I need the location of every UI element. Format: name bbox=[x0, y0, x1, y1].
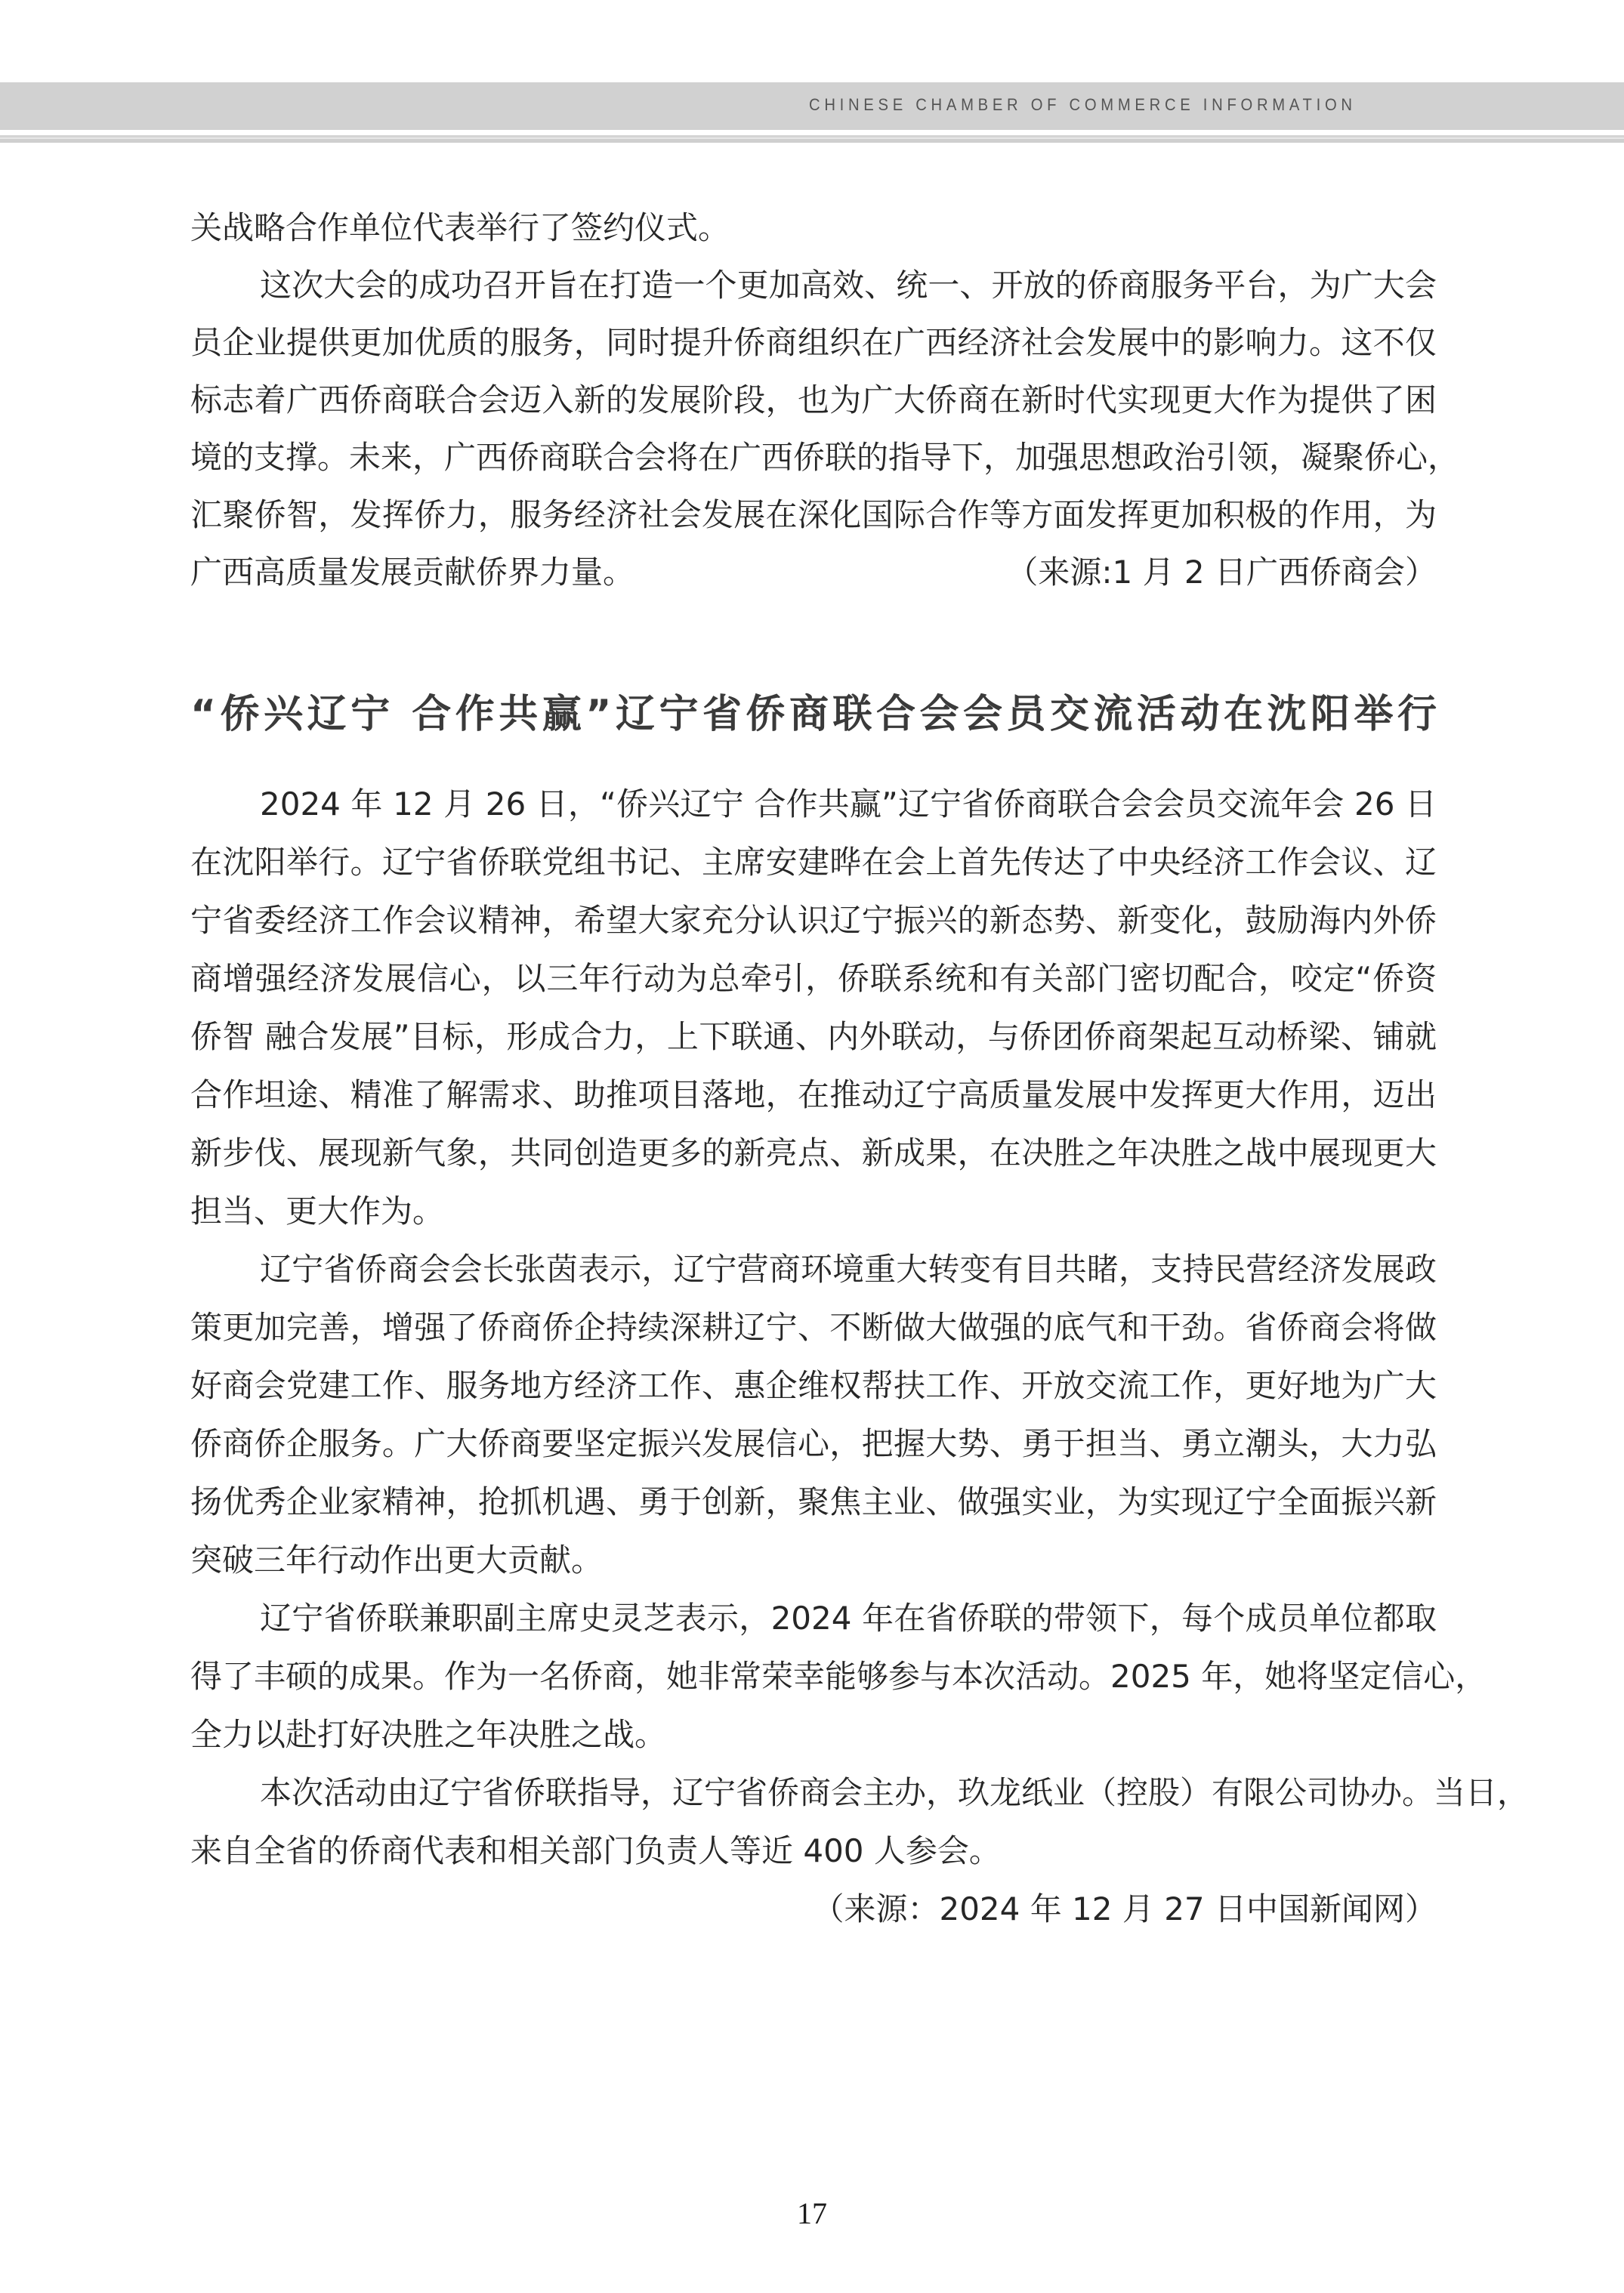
paragraph: 2024 年 12 月 26 日，“侨兴辽宁 合作共赢”辽宁省侨商联合会会员交流… bbox=[190, 775, 1437, 1240]
paragraph-line: 侨商侨企服务。广大侨商要坚定振兴发展信心，把握大势、勇于担当、勇立潮头，大力弘 bbox=[190, 1415, 1437, 1473]
paragraph-line: 合作坦途、精准了解需求、助推项目落地，在推动辽宁高质量发展中发挥更大作用，迈出 bbox=[190, 1066, 1437, 1124]
paragraph-line: 广西高质量发展贡献侨界力量。 bbox=[190, 544, 1437, 601]
paragraph-line: 在沈阳举行。辽宁省侨联党组书记、主席安建晔在会上首先传达了中央经济工作会议、辽 bbox=[190, 833, 1437, 891]
article-source: （来源：2024 年 12 月 27 日中国新闻网） bbox=[190, 1880, 1437, 1938]
article-liaoning: 2024 年 12 月 26 日，“侨兴辽宁 合作共赢”辽宁省侨商联合会会员交流… bbox=[190, 775, 1437, 1938]
paragraph-line: 得了丰硕的成果。作为一名侨商，她非常荣幸能够参与本次活动。2025 年，她将坚定… bbox=[190, 1647, 1437, 1705]
paragraph-line: 突破三年行动作出更大贡献。 bbox=[190, 1531, 1437, 1589]
paragraph-line: 汇聚侨智，发挥侨力，服务经济社会发展在深化国际合作等方面发挥更加积极的作用，为 bbox=[190, 486, 1437, 544]
paragraph: 辽宁省侨联兼职副主席史灵芝表示，2024 年在省侨联的带领下，每个成员单位都取 … bbox=[190, 1589, 1437, 1764]
paragraph-line: 担当、更大作为。 bbox=[190, 1182, 1437, 1240]
paragraph-line: 境的支撑。未来，广西侨商联合会将在广西侨联的指导下，加强思想政治引领，凝聚侨心， bbox=[190, 429, 1437, 486]
article-title: “侨兴辽宁 合作共赢”辽宁省侨商联合会会员交流活动在沈阳举行 bbox=[190, 686, 1437, 743]
paragraph-line: 扬优秀企业家精神，抢抓机遇、勇于创新，聚焦主业、做强实业，为实现辽宁全面振兴新 bbox=[190, 1473, 1437, 1531]
paragraph-line: 辽宁省侨商会会长张茵表示，辽宁营商环境重大转变有目共睹，支持民营经济发展政 bbox=[190, 1240, 1437, 1298]
paragraph-line: 这次大会的成功召开旨在打造一个更加高效、统一、开放的侨商服务平台，为广大会 bbox=[190, 257, 1437, 314]
paragraph-line: 2024 年 12 月 26 日，“侨兴辽宁 合作共赢”辽宁省侨商联合会会员交流… bbox=[190, 775, 1437, 833]
paragraph-line: 辽宁省侨联兼职副主席史灵芝表示，2024 年在省侨联的带领下，每个成员单位都取 bbox=[190, 1589, 1437, 1647]
paragraph-line: 侨智 融合发展”目标，形成合力，上下联通、内外联动，与侨团侨商架起互动桥梁、铺就 bbox=[190, 1008, 1437, 1066]
paragraph: 本次活动由辽宁省侨联指导，辽宁省侨商会主办，玖龙纸业（控股）有限公司协办。当日，… bbox=[190, 1764, 1437, 1880]
page-number: 17 bbox=[0, 2195, 1624, 2233]
paragraph-line: 员企业提供更加优质的服务，同时提升侨商组织在广西经济社会发展中的影响力。这不仅 bbox=[190, 314, 1437, 372]
paragraph-line: 新步伐、展现新气象，共同创造更多的新亮点、新成果，在决胜之年决胜之战中展现更大 bbox=[190, 1124, 1437, 1182]
paragraph-line: 宁省委经济工作会议精神，希望大家充分认识辽宁振兴的新态势、新变化，鼓励海内外侨 bbox=[190, 891, 1437, 949]
publication-title: CHINESE CHAMBER OF COMMERCE INFORMATION bbox=[809, 94, 1372, 116]
paragraph-line: 来自全省的侨商代表和相关部门负责人等近 400 人参会。 bbox=[190, 1822, 1437, 1880]
paragraph-line: 好商会党建工作、服务地方经济工作、惠企维权帮扶工作、开放交流工作，更好地为广大 bbox=[190, 1356, 1437, 1415]
paragraph-line: 全力以赴打好决胜之年决胜之战。 bbox=[190, 1705, 1437, 1764]
paragraph-line: 关战略合作单位代表举行了签约仪式。 bbox=[190, 199, 1437, 257]
header-divider bbox=[0, 135, 1624, 143]
article-guangxi-continued: 关战略合作单位代表举行了签约仪式。 这次大会的成功召开旨在打造一个更加高效、统一… bbox=[190, 199, 1437, 601]
paragraph-line: 本次活动由辽宁省侨联指导，辽宁省侨商会主办，玖龙纸业（控股）有限公司协办。当日， bbox=[190, 1764, 1437, 1822]
paragraph-line: 商增强经济发展信心，以三年行动为总牵引，侨联系统和有关部门密切配合，咬定“侨资 bbox=[190, 949, 1437, 1008]
paragraph: 辽宁省侨商会会长张茵表示，辽宁营商环境重大转变有目共睹，支持民营经济发展政 策更… bbox=[190, 1240, 1437, 1589]
paragraph-line: 标志着广西侨商联合会迈入新的发展阶段，也为广大侨商在新时代实现更大作为提供了困 bbox=[190, 372, 1437, 429]
paragraph-line: 策更加完善，增强了侨商侨企持续深耕辽宁、不断做大做强的底气和干劲。省侨商会将做 bbox=[190, 1298, 1437, 1356]
